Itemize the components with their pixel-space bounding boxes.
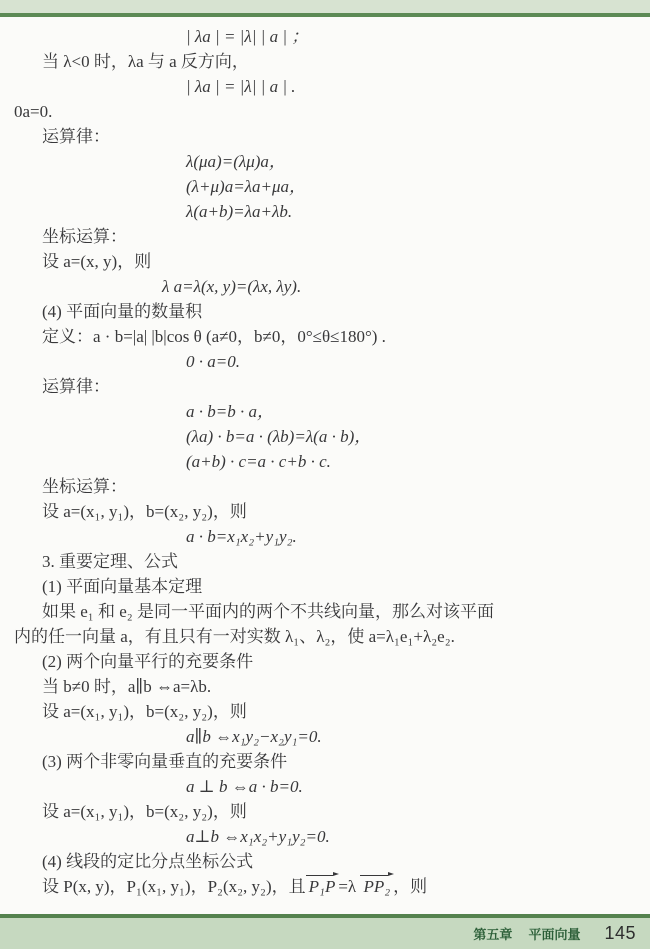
text-line: 运算律： [14, 374, 632, 399]
page-content: | λa | = |λ| | a | ；当 λ<0 时，λa 与 a 反方向，|… [0, 17, 650, 914]
footer-page-number: 145 [604, 923, 636, 944]
text-segment: 运算律： [42, 127, 110, 146]
text-segment: 当 λ<0 时，λa 与 a 反方向， [42, 52, 249, 71]
text-line: a · b=b · a， [14, 399, 632, 424]
text-segment: 定义：a · b=|a| |b|cos θ (a≠0，b≠0，0°≤θ≤180°… [42, 327, 386, 346]
text-line: 定义：a · b=|a| |b|cos θ (a≠0，b≠0，0°≤θ≤180°… [14, 324, 632, 349]
text-line: (2) 两个向量平行的充要条件 [14, 649, 632, 674]
text-segment: 如果 e₁ 和 e₂ 是同一平面内的两个不共线向量，那么对该平面 [42, 602, 494, 621]
text-line: 如果 e₁ 和 e₂ 是同一平面内的两个不共线向量，那么对该平面 [14, 599, 632, 624]
text-line: 设 a=(x₁, y₁)，b=(x₂, y₂)，则 [14, 499, 632, 524]
text-line: 0a=0. [14, 99, 632, 124]
text-segment: λ a=λ(x, y)=(λx, λy). [162, 277, 301, 296]
text-segment: a⊥b ⇔x₁x₂+y₁y₂=0. [186, 827, 330, 846]
text-segment: a∥b ⇔x₁y₂−x₂y₁=0. [186, 727, 322, 746]
text-segment: a ⊥ b ⇔a · b=0. [186, 777, 303, 796]
text-line: a · b=x₁x₂+y₁y₂. [14, 524, 632, 549]
text-segment: 设 a=(x₁, y₁)，b=(x₂, y₂)，则 [42, 802, 247, 821]
text-segment: 坐标运算： [42, 227, 127, 246]
text-line: (3) 两个非零向量垂直的充要条件 [14, 749, 632, 774]
text-segment: a · b=x₁x₂+y₁y₂. [186, 527, 297, 546]
vector-overline: P₁P [306, 874, 339, 899]
text-line: (λ+μ)a=λa+μa， [14, 174, 632, 199]
text-segment: 内的任一向量 a，有且只有一对实数 λ₁、λ₂，使 a=λ₁e₁+λ₂e₂. [14, 627, 455, 646]
text-line: λ(μa)=(λμ)a， [14, 149, 632, 174]
text-segment: λ(μa)=(λμ)a， [186, 152, 286, 171]
top-band [0, 0, 650, 13]
text-segment: ，则 [393, 877, 427, 896]
text-line: 坐标运算： [14, 474, 632, 499]
text-line: 设 P(x, y)，P₁(x₁, y₁)，P₂(x₂, y₂)，且P₁P=λ P… [14, 874, 632, 899]
footer-section: 平面向量 [528, 924, 580, 943]
text-line: 设 a=(x, y)，则 [14, 249, 632, 274]
text-line: a∥b ⇔x₁y₂−x₂y₁=0. [14, 724, 632, 749]
text-segment: 坐标运算： [42, 477, 127, 496]
text-segment: 运算律： [42, 377, 110, 396]
text-line: a⊥b ⇔x₁x₂+y₁y₂=0. [14, 824, 632, 849]
text-segment: 3. 重要定理、公式 [42, 552, 178, 571]
text-segment: (a+b) · c=a · c+b · c. [186, 452, 331, 471]
footer-band: 第五章 平面向量 145 [0, 918, 650, 949]
text-line: | λa | = |λ| | a | ； [14, 24, 632, 49]
text-line: 0 · a=0. [14, 349, 632, 374]
text-line: a ⊥ b ⇔a · b=0. [14, 774, 632, 799]
text-segment: 设 a=(x₁, y₁)，b=(x₂, y₂)，则 [42, 702, 247, 721]
text-line: 运算律： [14, 124, 632, 149]
text-line: (1) 平面向量基本定理 [14, 574, 632, 599]
text-line: λ a=λ(x, y)=(λx, λy). [14, 274, 632, 299]
text-line: (4) 线段的定比分点坐标公式 [14, 849, 632, 874]
text-segment: a · b=b · a， [186, 402, 274, 421]
text-segment: 当 b≠0 时，a∥b ⇔a=λb. [42, 677, 211, 696]
text-segment: (λa) · b=a · (λb)=λ(a · b)， [186, 427, 371, 446]
text-line: (a+b) · c=a · c+b · c. [14, 449, 632, 474]
text-segment: (4) 平面向量的数量积 [42, 302, 202, 321]
text-segment: 设 P(x, y)，P₁(x₁, y₁)，P₂(x₂, y₂)，且 [42, 877, 306, 896]
text-segment: 设 a=(x, y)，则 [42, 252, 151, 271]
text-segment: 0 · a=0. [186, 352, 240, 371]
text-line: 设 a=(x₁, y₁)，b=(x₂, y₂)，则 [14, 699, 632, 724]
text-segment: | λa | = |λ| | a | ； [186, 27, 308, 46]
text-segment: (4) 线段的定比分点坐标公式 [42, 852, 253, 871]
text-line: | λa | = |λ| | a | . [14, 74, 632, 99]
footer-chapter: 第五章 [473, 924, 512, 943]
text-segment: 0a=0. [14, 102, 52, 121]
text-segment: | λa | = |λ| | a | . [186, 77, 296, 96]
text-line: 坐标运算： [14, 224, 632, 249]
textbook-page: | λa | = |λ| | a | ；当 λ<0 时，λa 与 a 反方向，|… [0, 0, 650, 949]
text-segment: (3) 两个非零向量垂直的充要条件 [42, 752, 287, 771]
text-segment: λ(a+b)=λa+λb. [186, 202, 292, 221]
text-line: 内的任一向量 a，有且只有一对实数 λ₁、λ₂，使 a=λ₁e₁+λ₂e₂. [14, 624, 632, 649]
text-line: 3. 重要定理、公式 [14, 549, 632, 574]
text-line: λ(a+b)=λa+λb. [14, 199, 632, 224]
text-line: (4) 平面向量的数量积 [14, 299, 632, 324]
text-line: 当 λ<0 时，λa 与 a 反方向， [14, 49, 632, 74]
text-segment: =λ [338, 877, 360, 896]
text-segment: (2) 两个向量平行的充要条件 [42, 652, 253, 671]
text-line: (λa) · b=a · (λb)=λ(a · b)， [14, 424, 632, 449]
text-segment: (1) 平面向量基本定理 [42, 577, 202, 596]
text-segment: 设 a=(x₁, y₁)，b=(x₂, y₂)，则 [42, 502, 247, 521]
text-line: 设 a=(x₁, y₁)，b=(x₂, y₂)，则 [14, 799, 632, 824]
text-line: 当 b≠0 时，a∥b ⇔a=λb. [14, 674, 632, 699]
vector-overline: PP₂ [360, 874, 393, 899]
text-segment: (λ+μ)a=λa+μa， [186, 177, 306, 196]
